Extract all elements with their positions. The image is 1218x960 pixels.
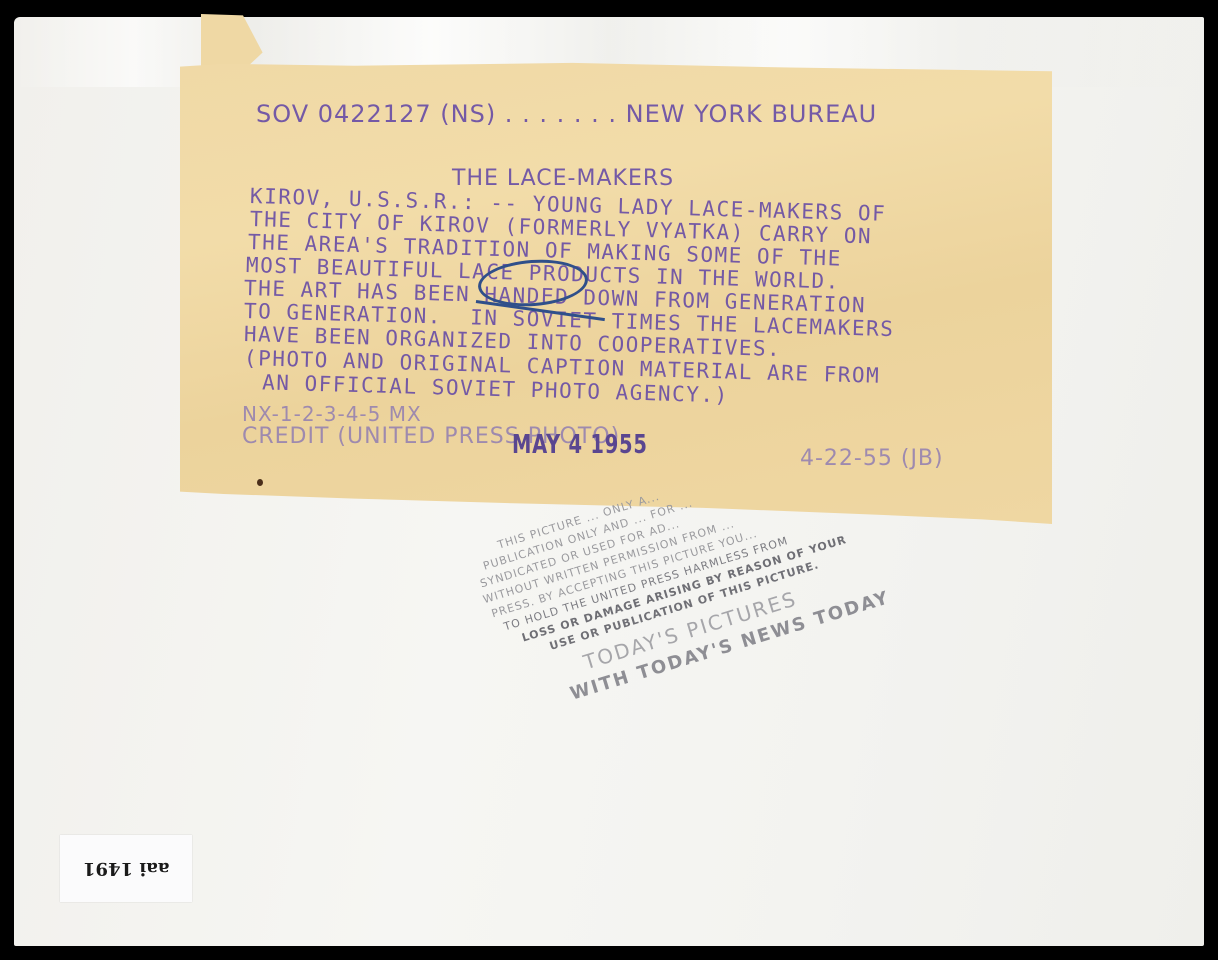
received-date-stamp: MAY 4 1955 <box>512 430 648 460</box>
caption-distribution: NX-1-2-3-4-5 MX <box>242 402 422 426</box>
caption-title: THE LACE-MAKERS <box>452 166 674 191</box>
archive-label: aai 1491 <box>60 835 192 902</box>
caption-date-code: 4-22-55 (JB) <box>800 446 944 471</box>
archive-label-text: aai 1491 <box>83 858 170 879</box>
ink-spot <box>257 479 263 486</box>
caption-header: SOV 0422127 (NS) . . . . . . . NEW YORK … <box>256 100 877 128</box>
